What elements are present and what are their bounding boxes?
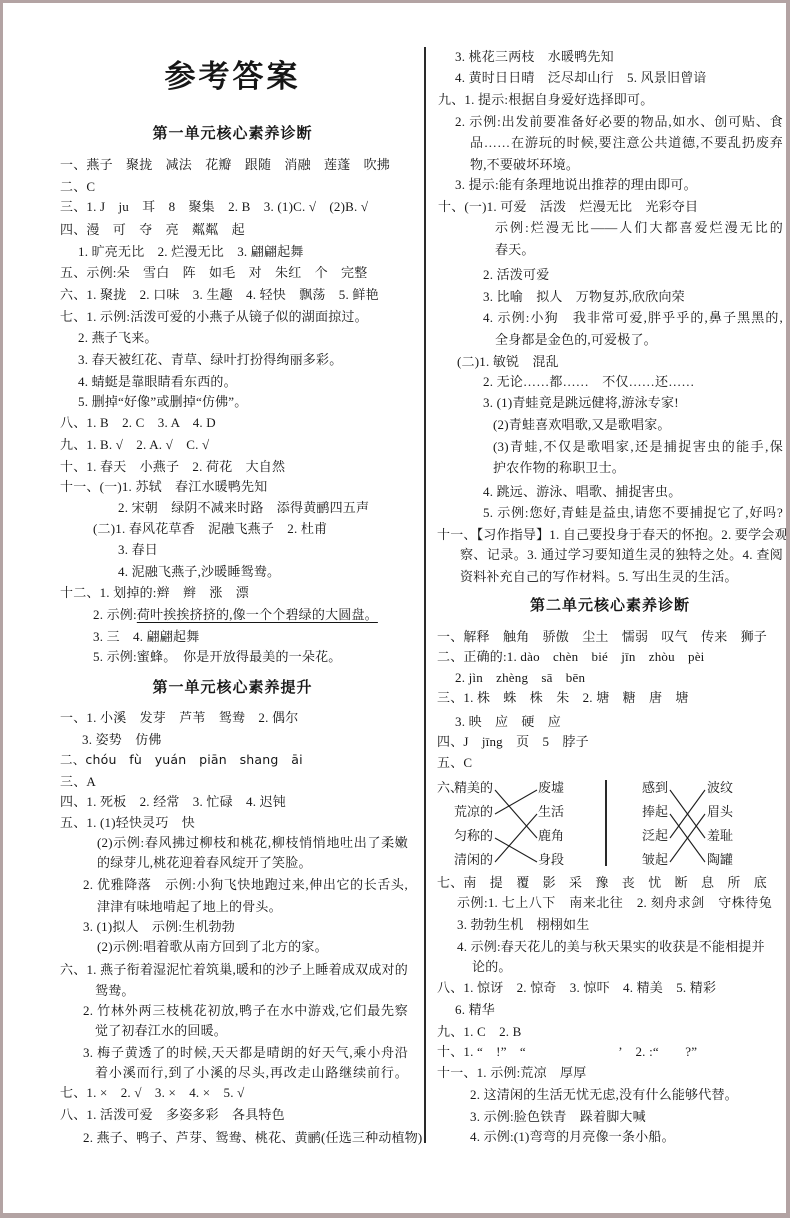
answer-prefix: 2. 示例: [93, 607, 137, 622]
match-word-left: 荒凉的 [446, 803, 493, 821]
answer-line: (二)1. 敏锐 混乱 [457, 353, 559, 371]
answer-line: 六、1. 聚拢 2. 口味 3. 生趣 4. 轻快 飘荡 5. 鲜艳 [60, 286, 379, 304]
answer-line: 3. (1)青蛙竟是跳远健将,游泳专家! [483, 394, 679, 412]
answer-line: 春天。 [495, 241, 535, 259]
answer-line: 六、1. 燕子衔着湿泥忙着筑巢,暖和的沙子上睡着成双成对的 [60, 961, 408, 979]
answer-line: 一、解释 触角 骄傲 尘土 懦弱 叹气 传来 狮子 [437, 628, 767, 646]
match-connector [670, 814, 705, 862]
answer-line: 5. 删掉“好像”或删掉“仿佛”。 [78, 393, 247, 411]
matching-separator [605, 780, 607, 866]
answer-line: 3. (1)拟人 示例:生机勃勃 [83, 918, 235, 936]
answer-line: 十一、(一)1. 苏轼 春江水暖鸭先知 [60, 478, 267, 496]
answer-line: 十一、【习作指导】1. 自己要投身于春天的怀抱。2. 要学会观 [437, 526, 783, 544]
answer-line: 觉了初春江水的回暖。 [95, 1022, 227, 1040]
answer-line: 4. 黄时日日晴 泛尽却山行 5. 风景旧曾谙 [455, 69, 707, 87]
answer-line: 四、J jīng 页 5 脖子 [437, 733, 589, 751]
answer-line: 着小溪而行,到了小溪的尽头,再改走山路继续前行。 [95, 1064, 408, 1082]
match-connector [495, 790, 537, 814]
answer-line: 鸳鸯。 [95, 982, 135, 1000]
answer-line-pinyin: 2. jìn zhèng sā bēn [455, 669, 585, 687]
match-connector [670, 814, 705, 862]
answer-line: 三、1. 株 蛛 株 朱 2. 塘 糖 唐 塘 [437, 689, 689, 707]
answer-line: 八、1. 活泼可爱 多姿多彩 各具特色 [60, 1106, 285, 1124]
match-word-left: 捧起 [630, 803, 668, 821]
answer-line: 九、1. C 2. B [437, 1023, 522, 1041]
answer-line: 十、1. 春天 小燕子 2. 荷花 大自然 [60, 458, 285, 476]
answer-line: 3. 三 4. 翩翩起舞 [93, 628, 199, 646]
answer-line: 4. 蜻蜓是靠眼睛看东西的。 [78, 373, 237, 391]
answer-line: 资料补充自己的写作材料。5. 写出生灵的生活。 [460, 568, 738, 586]
answer-line: 2. 优雅降落 示例:小狗飞快地跑过来,伸出它的长舌头, [83, 876, 408, 894]
answer-line: 2. 活泼可爱 [483, 266, 549, 284]
match-connector [670, 790, 705, 838]
answer-line: 2. 无论……都…… 不仅……还…… [483, 373, 695, 391]
answer-line: 一、燕子 聚拢 减法 花瓣 跟随 消融 莲蓬 吹拂 [60, 156, 388, 174]
answer-line: 2. 竹林外两三枝桃花初放,鸭子在水中游戏,它们最先察 [83, 1002, 408, 1020]
match-word-right: 生活 [538, 803, 564, 821]
answer-line: 4. 泥融飞燕子,沙暖睡鸳鸯。 [118, 563, 280, 581]
answer-line: 3. 提示:能有条理地说出推荐的理由即可。 [455, 176, 697, 194]
answer-line: 3. 春天被红花、青草、绿叶打扮得绚丽多彩。 [78, 351, 342, 369]
answer-line: 十、1. “ !” “ ’ 2. :“ ?” [437, 1043, 697, 1061]
answer-line: 八、1. 惊讶 2. 惊奇 3. 惊吓 4. 精美 5. 精彩 [437, 979, 716, 997]
answer-line: 示例:1. 七上八下 南来北往 2. 刻舟求剑 守株待兔 [457, 894, 772, 912]
answer-line: 4. 示例:(1)弯弯的月亮像一条小船。 [470, 1128, 675, 1146]
answer-line: 七、1. 示例:活泼可爱的小燕子从镜子似的湖面掠过。 [60, 308, 368, 326]
match-connector [495, 814, 537, 862]
column-divider [424, 47, 426, 1143]
answer-line: 2. 燕子飞来。 [78, 329, 158, 347]
match-word-right: 波纹 [707, 779, 733, 797]
answer-line-pinyin: 二、正确的:1. dào chèn bié jīn zhòu pèi [437, 648, 704, 666]
answer-line: 十、(一)1. 可爱 活泼 烂漫无比 光彩夺目 [438, 198, 698, 216]
answer-line: 3. 春日 [118, 541, 158, 559]
answer-line: 4. 示例:春天花儿的美与秋天果实的收获是不能相提并 [457, 938, 783, 956]
match-word-right: 鹿角 [538, 827, 564, 845]
answer-line: 十一、1. 示例:荒凉 厚厚 [437, 1064, 586, 1082]
answer-line: 五、示例:朵 雪白 阵 如毛 对 朱红 个 完整 [60, 264, 367, 282]
match-word-right: 陶罐 [707, 851, 733, 869]
match-word-right: 羞耻 [707, 827, 733, 845]
answer-line: (3)青蛙,不仅是歌唱家,还是捕捉害虫的能手,保 [493, 438, 783, 456]
answer-line: 5. 示例:您好,青蛙是益虫,请您不要捕捉它了,好吗? [483, 504, 783, 522]
answer-line: 九、1. 提示:根据自身爱好选择即可。 [438, 91, 653, 109]
answer-line: 三、1. J ju 耳 8 聚集 2. B 3. (1)C. √ (2)B. √ [60, 198, 368, 216]
page-title: 参考答案 [55, 59, 410, 95]
answer-line: 2. 宋朝 绿阴不减来时路 添得黄鹂四五声 [118, 499, 369, 517]
match-word-left: 皱起 [630, 851, 668, 869]
answer-line: (二)1. 春风花草香 泥融飞燕子 2. 杜甫 [93, 520, 327, 538]
answer-line: 3. 姿势 仿佛 [82, 731, 162, 749]
match-connector [495, 790, 537, 838]
answer-line: 津津有味地啃起了地上的骨头。 [97, 898, 282, 916]
answer-line: 九、1. B. √ 2. A. √ C. √ [60, 436, 209, 454]
answer-line: 二、C [60, 178, 95, 196]
answer-line: 3. 比喻 拟人 万物复苏,欣欣向荣 [483, 288, 685, 306]
answer-line-pinyin: 二、chóu fù yuán piān shang āi [60, 751, 303, 769]
match-word-right: 眉头 [707, 803, 733, 821]
answer-line: 全身都是金色的,可爱极了。 [495, 331, 657, 349]
match-word-left: 感到 [630, 779, 668, 797]
answer-line: 5. 示例:蜜蜂。 你是开放得最美的一朵花。 [93, 648, 342, 666]
match-connector [670, 790, 705, 838]
answer-line: 4. 跳远、游泳、唱歌、捕捉害虫。 [483, 483, 681, 501]
answer-line: 1. 旷亮无比 2. 烂漫无比 3. 翩翩起舞 [78, 243, 304, 261]
answer-line: 四、漫 可 夺 亮 粼粼 起 [60, 221, 245, 239]
match-word-right: 废墟 [538, 779, 564, 797]
answer-line: 七、南 提 覆 影 采 豫 丧 忧 断 息 所 底 [437, 874, 767, 892]
answer-line: 五、1. (1)轻快灵巧 快 [60, 814, 195, 832]
answer-line: 五、C [437, 754, 472, 772]
answer-line: 三、A [60, 773, 96, 791]
match-word-left: 匀称的 [446, 827, 493, 845]
answer-line: 八、1. B 2. C 3. A 4. D [60, 414, 216, 432]
answer-line: (2)青蛙喜欢唱歌,又是歌唱家。 [493, 416, 671, 434]
match-word-right: 身段 [538, 851, 564, 869]
answer-line: 论的。 [472, 958, 512, 976]
answer-line: 的绿芽儿,桃花迎着春风绽开了笑脸。 [97, 854, 312, 872]
answer-line: 3. 示例:脸色铁青 跺着脚大喊 [470, 1108, 646, 1126]
answer-line: 3. 映 应 硬 应 [455, 713, 561, 731]
answer-line: (2)示例:唱着歌从南方回到了北方的家。 [97, 938, 328, 956]
answer-line: 一、1. 小溪 发芽 芦苇 鸳鸯 2. 偶尔 [60, 709, 298, 727]
answer-line: 护农作物的称职卫士。 [493, 459, 625, 477]
section-heading-unit2-diagnosis: 第二单元核心素养诊断 [437, 595, 783, 615]
answer-line-underlined: 2. 示例:荷叶挨挨挤挤的,像一个个碧绿的大圆盘。 [93, 606, 378, 624]
answer-line: 2. 示例:出发前要准备好必要的物品,如水、创可贴、食 [455, 113, 783, 131]
match-word-left: 清闲的 [446, 851, 493, 869]
section-heading-unit1-improvement: 第一单元核心素养提升 [55, 677, 410, 697]
answer-line: 十二、1. 划掉的:辫 辫 涨 漂 [60, 584, 249, 602]
answer-line: 品……在游玩的时候,要注意公共道德,不要乱扔废弃 [470, 134, 783, 152]
match-word-left: 泛起 [630, 827, 668, 845]
underlined-answer: 荷叶挨挨挤挤的,像一个个碧绿的大圆盘。 [137, 607, 378, 622]
answer-line: 四、1. 死板 2. 经常 3. 忙碌 4. 迟钝 [60, 793, 286, 811]
match-connector [495, 838, 537, 862]
answer-line: 3. 桃花三两枝 水暖鸭先知 [455, 48, 614, 66]
answer-line: 七、1. × 2. √ 3. × 4. × 5. √ [60, 1084, 244, 1102]
answer-line: 2. 燕子、鸭子、芦芽、鸳鸯、桃花、黄鹂(任选三种动植物) [83, 1129, 422, 1147]
answer-page: 参考答案 第一单元核心素养诊断 一、燕子 聚拢 减法 花瓣 跟随 消融 莲蓬 吹… [3, 3, 786, 1213]
answer-line: 3. 勃勃生机 栩栩如生 [457, 916, 589, 934]
answer-line: 4. 示例:小狗 我非常可爱,胖乎乎的,鼻子黑黑的, [483, 309, 783, 327]
answer-line: 3. 梅子黄透了的时候,天天都是晴朗的好天气,乘小舟沿 [83, 1044, 408, 1062]
answer-line: 2. 这清闲的生活无忧无虑,没有什么能够代替。 [470, 1086, 738, 1104]
answer-line: 6. 精华 [455, 1001, 495, 1019]
answer-line: (2)示例:春风拂过柳枝和桃花,柳枝悄悄地吐出了柔嫩 [97, 834, 408, 852]
section-heading-unit1-diagnosis: 第一单元核心素养诊断 [55, 123, 410, 143]
match-word-left: 精美的 [446, 779, 493, 797]
answer-line: 示例:烂漫无比——人们大都喜爱烂漫无比的 [495, 219, 783, 237]
answer-line: 物,不要破坏环境。 [470, 156, 579, 174]
answer-line: 察、记录。3. 通过学习要知道生灵的独特之处。4. 查阅 [460, 546, 783, 564]
